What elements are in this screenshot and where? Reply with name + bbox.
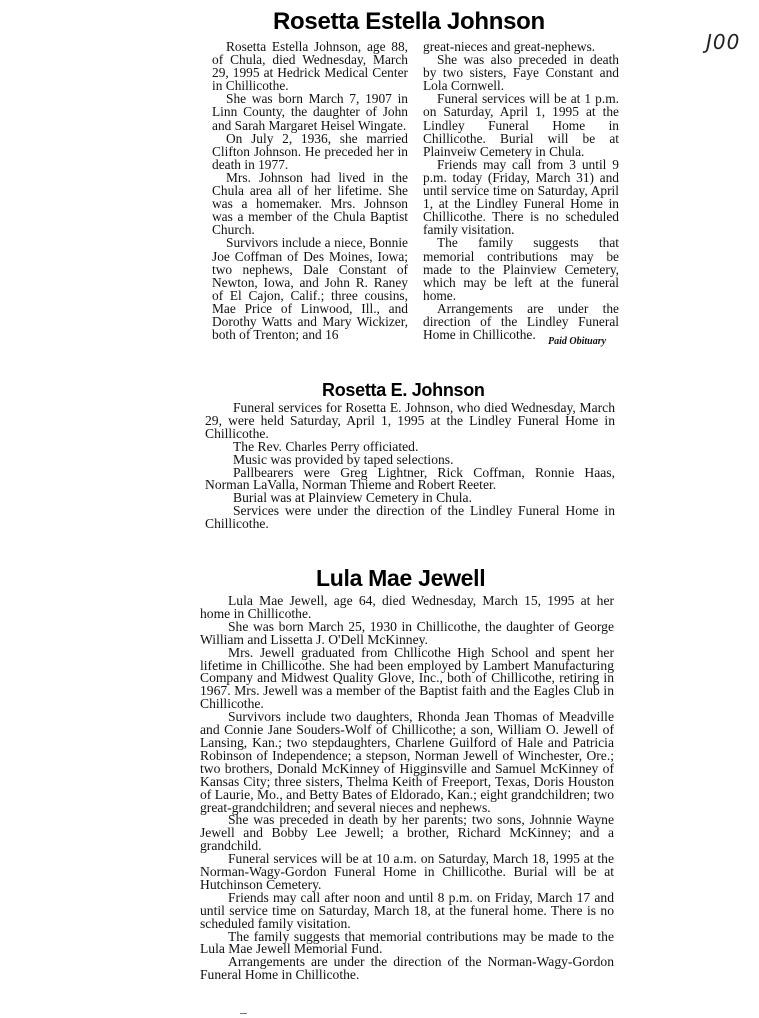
obituary-headline: Rosetta Estella Johnson [273, 8, 545, 36]
obituary-paragraph: Mrs. Johnson had lived in the Chula area… [212, 171, 408, 236]
obituary-paragraph: Survivors include two daughters, Rhonda … [200, 711, 614, 814]
obituary-paragraph: On July 2, 1936, she married Clifton Joh… [212, 132, 408, 171]
obituary-paragraph: She was born March 7, 1907 in Linn Count… [212, 92, 408, 131]
obituary-paragraph: Mrs. Jewell graduated from Chllicothe Hi… [200, 647, 614, 712]
obituary-body: Funeral services for Rosetta E. Johnson,… [205, 402, 615, 531]
obituary-paragraph: The family suggests that memorial contri… [200, 931, 614, 957]
scan-speck [240, 1013, 247, 1014]
obituary-paragraph: Arrangements are under the direction of … [200, 956, 614, 982]
obituary-headline: Rosetta E. Johnson [322, 380, 485, 401]
obituary-paragraph: Rosetta Estella Johnson, age 88, of Chul… [212, 40, 408, 92]
obituary-paragraph: Survivors include a niece, Bonnie Joe Co… [212, 236, 408, 341]
obituary-left-column: Rosetta Estella Johnson, age 88, of Chul… [212, 40, 408, 341]
handwritten-annotation: J00 [706, 30, 740, 54]
obituary-paragraph: She was also preceded in death by two si… [423, 53, 619, 92]
obituary-paragraph: Friends may call from 3 until 9 p.m. tod… [423, 158, 619, 237]
obituary-paragraph: The family suggests that memorial contri… [423, 236, 619, 301]
obituary-right-column: great-nieces and great-nephews. She was … [423, 40, 619, 341]
obituary-paragraph: Lula Mae Jewell, age 64, died Wednesday,… [200, 595, 614, 621]
obituary-body: Lula Mae Jewell, age 64, died Wednesday,… [200, 595, 614, 982]
obituary-paragraph: Funeral services will be at 1 p.m. on Sa… [423, 92, 619, 157]
obituary-paragraph: Funeral services for Rosetta E. Johnson,… [205, 402, 615, 441]
paid-obituary-label: Paid Obituary [548, 336, 606, 347]
obituary-paragraph: Funeral services will be at 10 a.m. on S… [200, 853, 614, 892]
obituary-paragraph: Services were under the direction of the… [205, 505, 615, 531]
obituary-paragraph: She was born March 25, 1930 in Chillicot… [200, 621, 614, 647]
obituary-headline: Lula Mae Jewell [316, 565, 485, 592]
obituary-paragraph: Pallbearers were Greg Lightner, Rick Cof… [205, 467, 615, 493]
obituary-paragraph: Friends may call after noon and until 8 … [200, 892, 614, 931]
obituary-paragraph: She was preceded in death by her parents… [200, 814, 614, 853]
